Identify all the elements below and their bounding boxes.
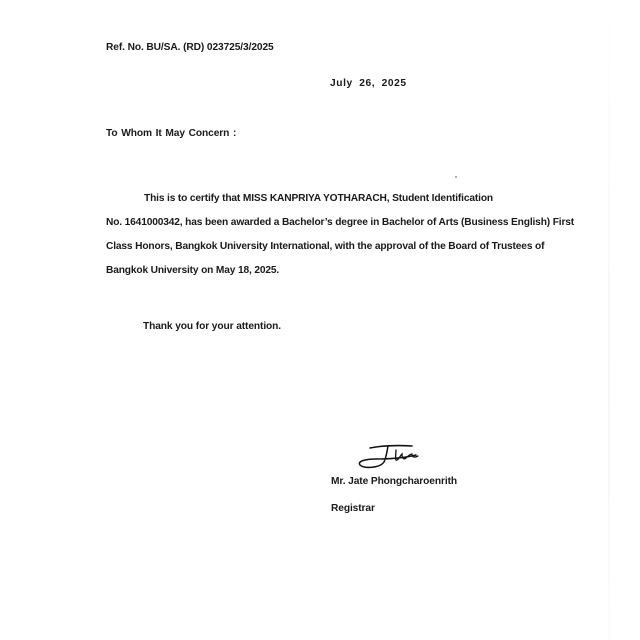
certification-paragraph: This is to certify that MISS KANPRIYA YO… bbox=[106, 187, 546, 283]
body-line: Bangkok University on May 18, 2025. bbox=[106, 259, 546, 283]
paper-speck bbox=[455, 176, 457, 178]
letter-page: Ref. No. BU/SA. (RD) 023725/3/2025 July … bbox=[0, 0, 640, 640]
body-line: No. 1641000342, has been awarded a Bache… bbox=[106, 211, 546, 235]
salutation: To Whom It May Concern : bbox=[106, 128, 236, 140]
paper-edge bbox=[608, 0, 610, 640]
closing-line: Thank you for your attention. bbox=[143, 321, 281, 333]
signatory-title: Registrar bbox=[331, 503, 375, 515]
reference-number: Ref. No. BU/SA. (RD) 023725/3/2025 bbox=[106, 42, 274, 54]
signature-icon bbox=[356, 442, 426, 472]
letter-date: July 26, 2025 bbox=[330, 78, 407, 90]
signatory-name: Mr. Jate Phongcharoenrith bbox=[331, 476, 457, 488]
body-line: This is to certify that MISS KANPRIYA YO… bbox=[106, 187, 546, 211]
body-line: Class Honors, Bangkok University Interna… bbox=[106, 235, 546, 259]
